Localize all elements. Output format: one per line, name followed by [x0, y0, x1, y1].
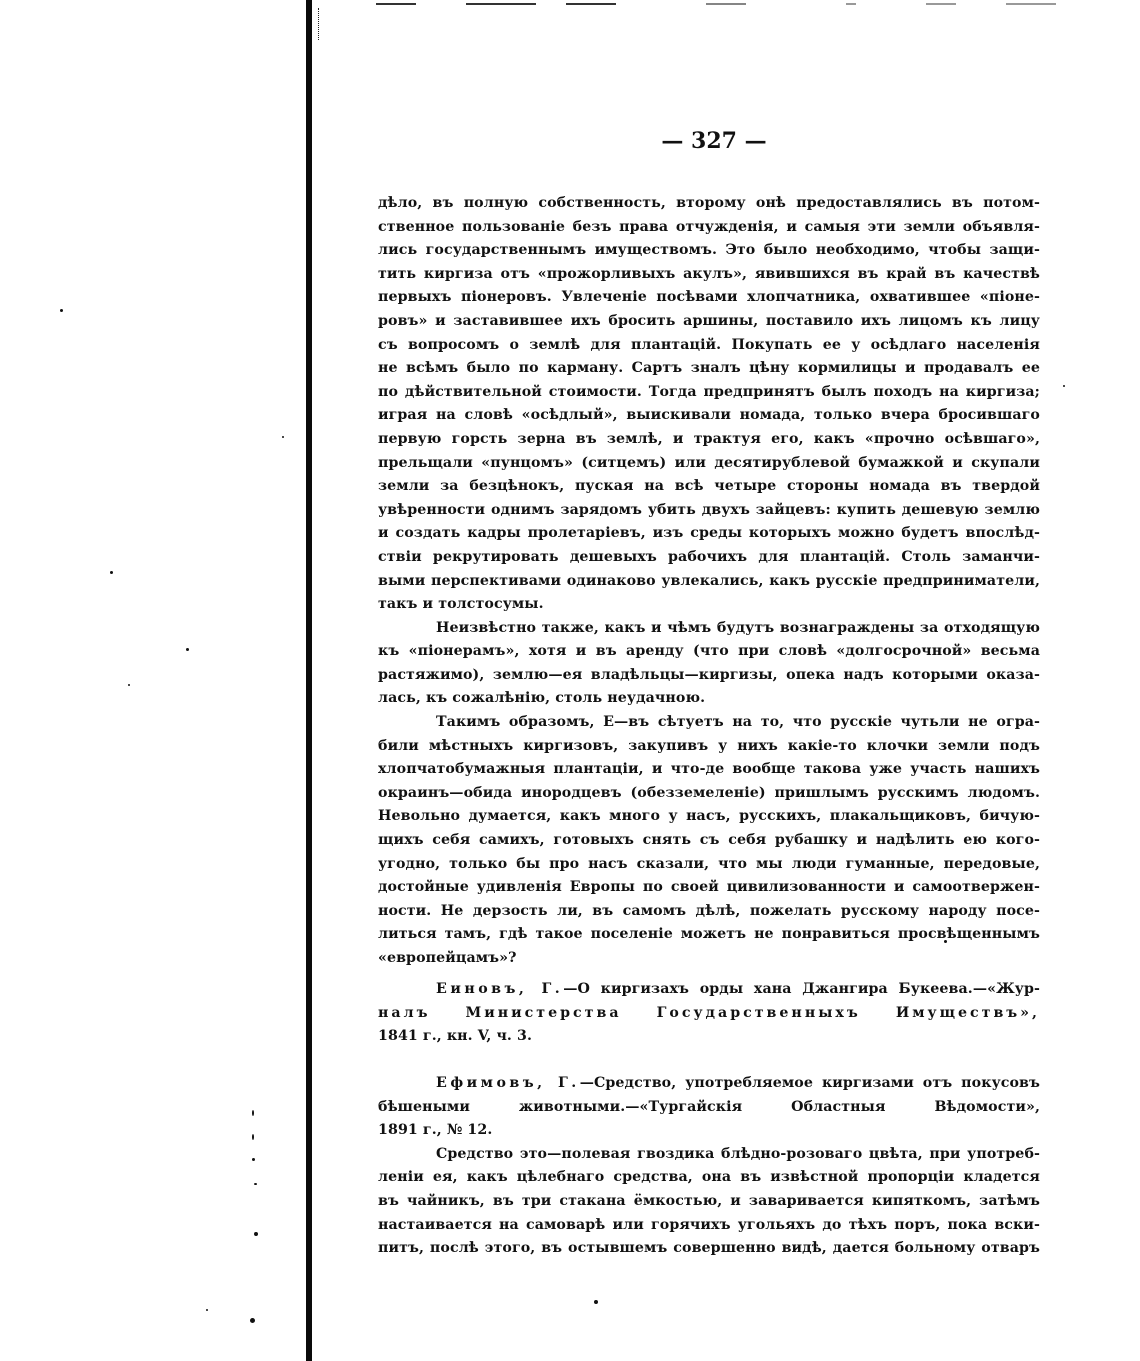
text-line: 1891 г., № 12.	[378, 1119, 1040, 1143]
text-line: и создать кадры пролетаріевъ, изъ среды …	[378, 522, 1040, 546]
text-line: окраинъ—обида инородцевъ (обезземеленіе)…	[378, 782, 1040, 806]
bibliography-entry-1: Еиновъ, Г.—О киргизахъ орды хана Джангир…	[378, 978, 1040, 1049]
text-line: достойные удивленія Европы по своей циви…	[378, 876, 1040, 900]
text-line: Невольно думается, какъ много у насъ, ру…	[378, 805, 1040, 829]
scan-speck	[254, 1232, 258, 1236]
text-line: Ефимовъ, Г.—Средство, употребляемое кирг…	[378, 1072, 1040, 1096]
author-name: Ефимовъ, Г.	[436, 1075, 580, 1091]
text-line: Такимъ образомъ, Е—въ сѣтуетъ на то, что…	[378, 711, 1040, 735]
text-line: Средство это—полевая гвоздика блѣдно-роз…	[378, 1143, 1040, 1167]
text-line: ствіи рекрутировать дешевыхъ рабочихъ дл…	[378, 546, 1040, 570]
text-line: играя на словѣ «осѣдлый», выискивали ном…	[378, 404, 1040, 428]
text-line: лись государственнымъ имуществомъ. Это б…	[378, 239, 1040, 263]
text-line: прельщали «пунцомъ» (ситцемъ) или десяти…	[378, 452, 1040, 476]
page-edge-mark	[318, 8, 320, 40]
text-line: бѣшеными животными.—«Тургайскія Областны…	[378, 1096, 1040, 1120]
text-line: лась, къ сожалѣнію, столь неудачною.	[378, 687, 1040, 711]
scan-speck	[60, 309, 63, 312]
scan-speck	[252, 1110, 254, 1116]
scan-speck	[252, 1158, 255, 1161]
page-binding-edge	[306, 0, 312, 1361]
text-line: хлопчатобумажныя плантаціи, и что-де воо…	[378, 758, 1040, 782]
paragraph-1: дѣло, въ полную собственность, второму о…	[378, 192, 1040, 617]
text-line: Еиновъ, Г.—О киргизахъ орды хана Джангир…	[378, 978, 1040, 1002]
scan-speck	[128, 684, 130, 686]
author-name: Еиновъ, Г.	[436, 981, 563, 997]
text-line: литься тамъ, гдѣ такое поселеніе можетъ …	[378, 923, 1040, 947]
text-line: ственное пользованіе безъ права отчужден…	[378, 216, 1040, 240]
paragraph-3: Такимъ образомъ, Е—въ сѣтуетъ на то, что…	[378, 711, 1040, 971]
text-line: съ вопросомъ о землѣ для плантацій. Поку…	[378, 334, 1040, 358]
text-line: растяжимо), землю—ея владѣльцы—киргизы, …	[378, 664, 1040, 688]
main-text: дѣло, въ полную собственность, второму о…	[378, 192, 1040, 971]
paragraph-2: Неизвѣстно также, какъ и чѣмъ будутъ воз…	[378, 617, 1040, 711]
bibliography-entry-2: Ефимовъ, Г.—Средство, употребляемое кирг…	[378, 1072, 1040, 1261]
text-line: такъ и толстосумы.	[378, 593, 1040, 617]
text-line: дѣло, въ полную собственность, второму о…	[378, 192, 1040, 216]
scan-speck	[594, 1300, 598, 1304]
scan-speck	[206, 1309, 208, 1311]
text-line: налъ Министерства Государственныхъ Имуще…	[378, 1002, 1040, 1026]
text-line: не всѣмъ было по карману. Сартъ зналъ цѣ…	[378, 357, 1040, 381]
entry-title: —Средство, употребляемое киргизами отъ п…	[580, 1075, 1040, 1091]
scan-speck	[1063, 385, 1065, 387]
text-line: угодно, только бы про насъ сказали, что …	[378, 853, 1040, 877]
text-line: тить киргиза отъ «прожорливыхъ акулъ», я…	[378, 263, 1040, 287]
scan-speck	[254, 1183, 257, 1185]
text-line: питъ, послѣ этого, въ остывшемъ совершен…	[378, 1237, 1040, 1261]
scan-speck	[252, 1134, 254, 1140]
text-line: выми перспективами одинаково увлекались,…	[378, 570, 1040, 594]
text-line: настаивается на самоварѣ или горячихъ уг…	[378, 1214, 1040, 1238]
text-line: первую горсть зерна въ землѣ, и трактуя …	[378, 428, 1040, 452]
text-line: увѣренности однимъ зарядомъ убить двухъ …	[378, 499, 1040, 523]
text-line: земли за безцѣнокъ, пуская на всѣ четыре…	[378, 475, 1040, 499]
text-line: 1841 г., кн. V, ч. 3.	[378, 1025, 1040, 1049]
scan-speck	[110, 571, 113, 574]
entry-title: —О киргизахъ орды хана Джангира Букеева.…	[563, 981, 1040, 997]
scan-speck	[186, 648, 189, 651]
text-line: леніи ея, какъ цѣлебнаго средства, она в…	[378, 1166, 1040, 1190]
text-line: по дѣйствительной стоимости. Тогда предп…	[378, 381, 1040, 405]
text-line: «европейцамъ»?	[378, 947, 1040, 971]
text-line: къ «піонерамъ», хотя и въ аренду (что пр…	[378, 640, 1040, 664]
scan-speck	[250, 1318, 255, 1323]
text-line: въ чайникъ, въ три стакана ёмкостью, и з…	[378, 1190, 1040, 1214]
text-line: ровъ» и заставившее ихъ бросить аршины, …	[378, 310, 1040, 334]
text-line: первыхъ піонеровъ. Увлеченіе посѣвами хл…	[378, 286, 1040, 310]
top-scan-artifact	[306, 0, 1140, 6]
page-number: — 327 —	[654, 128, 774, 154]
text-line: щихъ себя самихъ, готовыхъ снять съ себя…	[378, 829, 1040, 853]
text-line: ности. Не дерзость ли, въ самомъ дѣлѣ, п…	[378, 900, 1040, 924]
scan-speck	[282, 436, 284, 438]
text-line: били мѣстныхъ киргизовъ, закупивъ у нихъ…	[378, 735, 1040, 759]
text-line: Неизвѣстно также, какъ и чѣмъ будутъ воз…	[378, 617, 1040, 641]
